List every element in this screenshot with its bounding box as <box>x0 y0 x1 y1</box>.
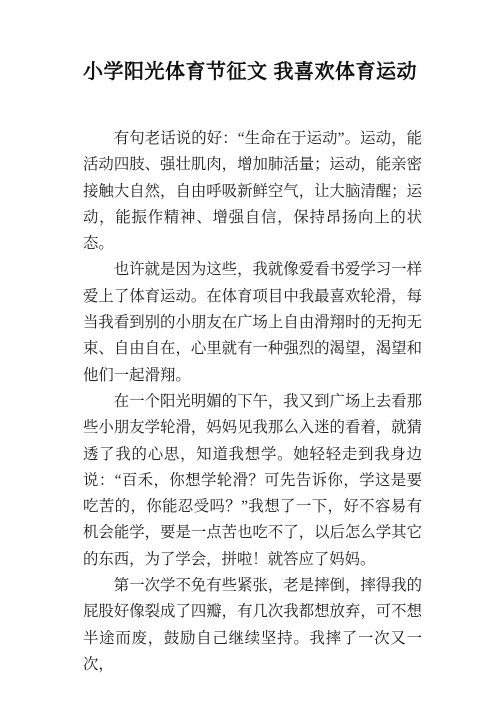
essay-paragraph-4: 第一次学不免有些紧张，老是摔倒，摔得我的屁股好像裂成了四瓣，有几次我都想放弃，可… <box>83 573 422 678</box>
essay-paragraph-2: 也许就是因为这些，我就像爱看书爱学习一样爱上了体育运动。在体育项目中我最喜欢轮滑… <box>83 257 422 388</box>
essay-body: 有句老话说的好：“生命在于运动”。运动，能活动四肢、强壮肌肉，增加肺活量；运动，… <box>0 126 500 678</box>
document-page: 小学阳光体育节征文 我喜欢体育运动 有句老话说的好：“生命在于运动”。运动，能活… <box>0 0 500 707</box>
essay-paragraph-1: 有句老话说的好：“生命在于运动”。运动，能活动四肢、强壮肌肉，增加肺活量；运动，… <box>83 126 422 257</box>
essay-title: 小学阳光体育节征文 我喜欢体育运动 <box>0 58 500 86</box>
essay-paragraph-3: 在一个阳光明媚的下午，我又到广场上去看那些小朋友学轮滑，妈妈见我那么入迷的看着，… <box>83 389 422 573</box>
